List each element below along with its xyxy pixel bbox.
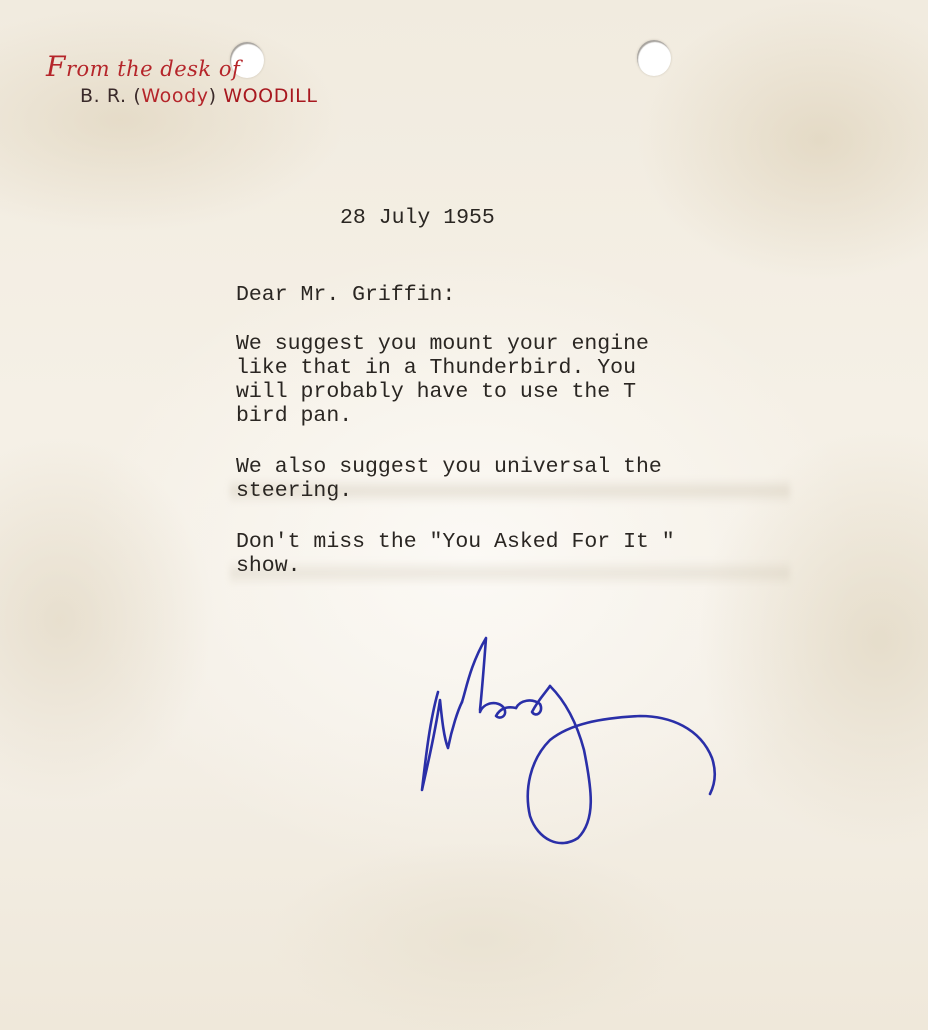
letterhead-from-line: From the desk of [46, 50, 318, 83]
letterhead: From the desk of B. R. (Woody) WOODILL [46, 50, 318, 107]
letter-date: 28 July 1955 [340, 206, 495, 230]
letterhead-name: B. R. (Woody) WOODILL [80, 85, 318, 107]
letterhead-surname: WOODILL [223, 85, 317, 107]
letterhead-initial: F [46, 50, 66, 83]
letterhead-initials: B. R. ( [80, 85, 141, 107]
letter-paragraph: Don't miss the "You Asked For It " show. [236, 530, 675, 578]
letterhead-nickname: Woody [141, 85, 208, 107]
letterhead-from-text: rom the desk of [66, 57, 240, 81]
letter-paragraph: We suggest you mount your engine like th… [236, 332, 649, 428]
letter-salutation: Dear Mr. Griffin: [236, 283, 455, 307]
punch-hole [637, 40, 671, 76]
letterhead-paren: ) [209, 85, 217, 107]
signature-woody [400, 620, 740, 860]
letter-paragraph: We also suggest you universal the steeri… [236, 455, 662, 503]
letter-paper [0, 0, 928, 1030]
